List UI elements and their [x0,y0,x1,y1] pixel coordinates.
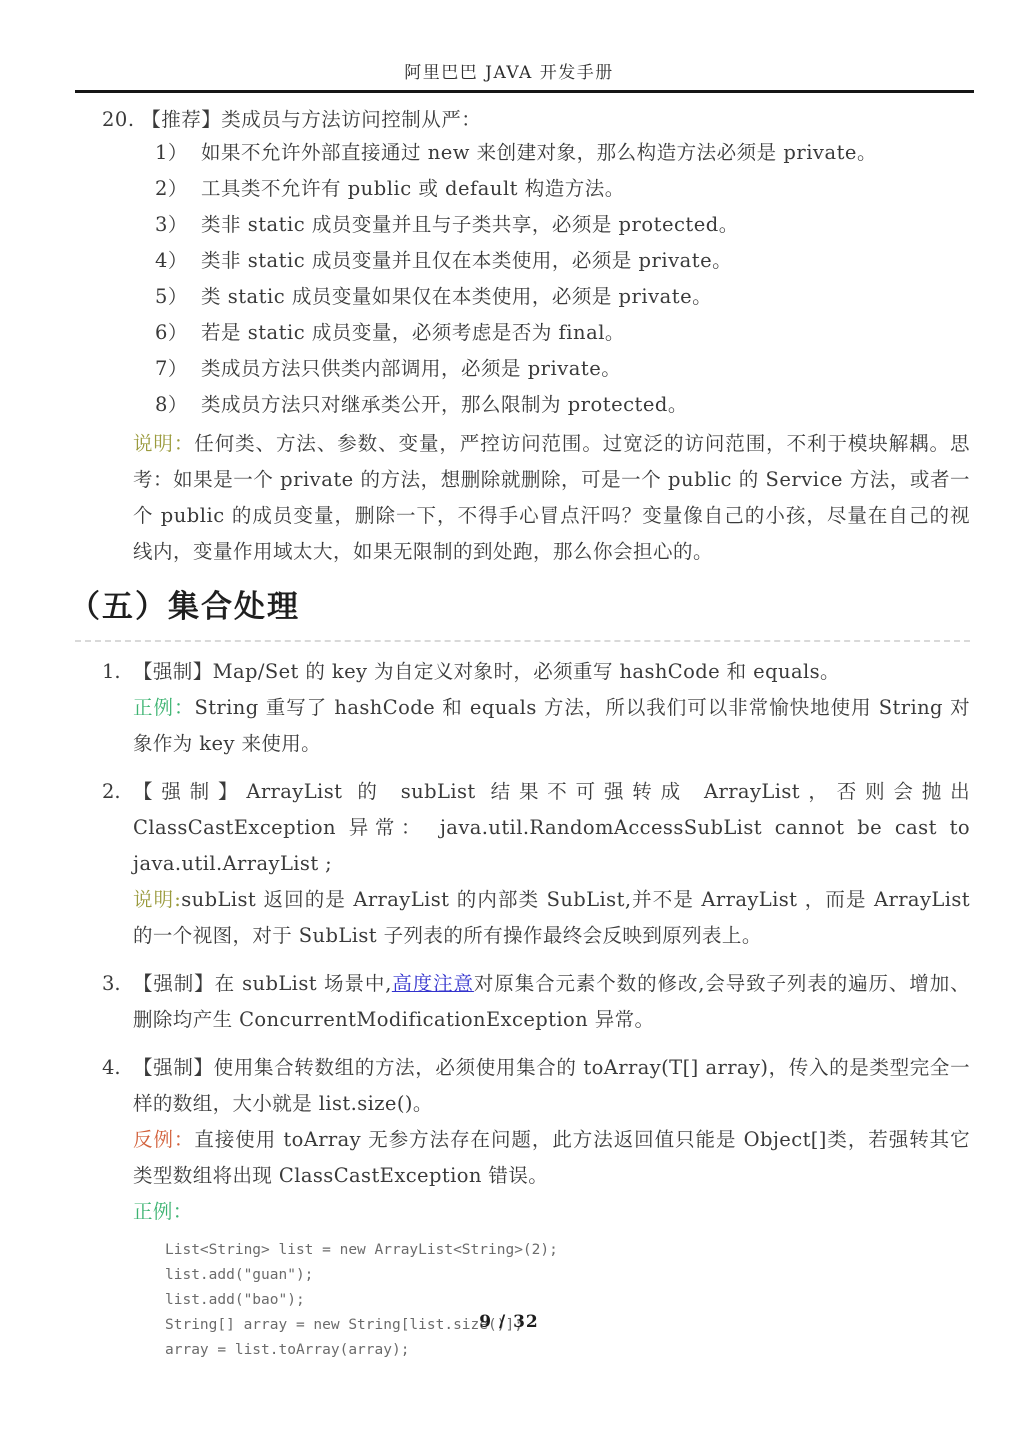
rule-item-3: 3. 【强制】在 subList 场景中,高度注意对原集合元素个数的修改,会导致… [102,966,970,1038]
rule-20-subitem: 4） 类非 static 成员变量并且仅在本类使用，必须是 private。 [155,243,970,279]
rule-number: 3. [102,966,133,1038]
enforce-label: 【强制】 [133,660,213,683]
subitem-number: 6） [155,315,201,351]
rule-text: 【强制】ArrayList 的 subList 结果不可强转成 ArrayLis… [133,774,970,882]
rule-text: 【强制】Map/Set 的 key 为自定义对象时，必须重写 hashCode … [133,654,970,690]
subitem-number: 7） [155,351,201,387]
subitem-number: 4） [155,243,201,279]
highlight-link[interactable]: 高度注意 [392,972,474,995]
page-header: 阿里巴巴 JAVA 开发手册 [0,0,1018,93]
enforce-label: 【强制】 [133,972,215,995]
subitem-number: 1） [155,135,201,171]
rule-text: 【强制】在 subList 场景中,高度注意对原集合元素个数的修改,会导致子列表… [133,966,970,1038]
rule-20-label: 【推荐】 [141,108,221,131]
rule-body: 【强制】在 subList 场景中,高度注意对原集合元素个数的修改,会导致子列表… [133,966,970,1038]
document-page: 阿里巴巴 JAVA 开发手册 20. 【推荐】类成员与方法访问控制从严： 1） … [0,0,1018,1440]
subitem-text: 工具类不允许有 public 或 default 构造方法。 [201,171,625,207]
rule-20-subitem: 5） 类 static 成员变量如果仅在本类使用，必须是 private。 [155,279,970,315]
subitem-number: 5） [155,279,201,315]
positive-label: 正例： [133,1200,193,1223]
subitem-number: 2） [155,171,201,207]
rule-20-subitem: 3） 类非 static 成员变量并且与子类共享，必须是 protected。 [155,207,970,243]
subitem-text: 类非 static 成员变量并且仅在本类使用，必须是 private。 [201,243,732,279]
negative-example: 反例：直接使用 toArray 无参方法存在问题，此方法返回值只能是 Objec… [133,1122,970,1194]
rule-number: 1. [102,654,133,762]
positive-example: 正例：String 重写了 hashCode 和 equals 方法，所以我们可… [133,690,970,762]
rule-body: 【强制】ArrayList 的 subList 结果不可强转成 ArrayLis… [133,774,970,954]
code-line: array = list.toArray(array); [165,1338,970,1363]
subitem-text: 类成员方法只供类内部调用，必须是 private。 [201,351,621,387]
subitem-text: 若是 static 成员变量，必须考虑是否为 final。 [201,315,625,351]
page-number: 9 / 32 [0,1312,1018,1332]
subitem-text: 类成员方法只对继承类公开，那么限制为 protected。 [201,387,688,423]
rule-item-1: 1. 【强制】Map/Set 的 key 为自定义对象时，必须重写 hashCo… [102,654,970,762]
code-block: List<String> list = new ArrayList<String… [165,1238,970,1363]
section-heading: （五）集合处理 [69,586,970,628]
subitem-text: 如果不允许外部直接通过 new 来创建对象，那么构造方法必须是 private。 [201,135,877,171]
code-line: list.add("bao"); [165,1288,970,1313]
code-line: list.add("guan"); [165,1263,970,1288]
enforce-label: 【强制】 [133,780,246,803]
rule-number: 2. [102,774,133,954]
rule-20-subitem: 7） 类成员方法只供类内部调用，必须是 private。 [155,351,970,387]
subitem-number: 3） [155,207,201,243]
subitem-number: 8） [155,387,201,423]
positive-label: 正例： [133,696,194,719]
rule-20-note: 说明：任何类、方法、参数、变量，严控访问范围。过宽泛的访问范围，不利于模块解耦。… [133,426,970,570]
rule-20-subitem: 2） 工具类不允许有 public 或 default 构造方法。 [155,171,970,207]
note-label: 说明： [133,432,194,455]
page-content: 20. 【推荐】类成员与方法访问控制从严： 1） 如果不允许外部直接通过 new… [0,105,1018,1363]
negative-label: 反例： [133,1128,194,1151]
rule-20-number: 20. [102,108,135,131]
header-title: 阿里巴巴 JAVA 开发手册 [0,58,1018,83]
positive-example: 正例： [133,1194,970,1230]
note-label: 说明: [133,888,181,911]
header-divider [75,90,974,93]
rule-20-heading: 20. 【推荐】类成员与方法访问控制从严： [102,105,970,135]
enforce-label: 【强制】 [133,1056,214,1079]
rule-20-subitem: 6） 若是 static 成员变量，必须考虑是否为 final。 [155,315,970,351]
rule-text: 【强制】使用集合转数组的方法，必须使用集合的 toArray(T[] array… [133,1050,970,1122]
section-divider [75,640,970,642]
rule-20-title: 类成员与方法访问控制从严： [221,108,481,131]
rule-20-subitem: 8） 类成员方法只对继承类公开，那么限制为 protected。 [155,387,970,423]
subitem-text: 类 static 成员变量如果仅在本类使用，必须是 private。 [201,279,712,315]
rule-20-subitem: 1） 如果不允许外部直接通过 new 来创建对象，那么构造方法必须是 priva… [155,135,970,171]
rule-body: 【强制】Map/Set 的 key 为自定义对象时，必须重写 hashCode … [133,654,970,762]
note-text: 任何类、方法、参数、变量，严控访问范围。过宽泛的访问范围，不利于模块解耦。思考：… [133,432,970,563]
rule-item-2: 2. 【强制】ArrayList 的 subList 结果不可强转成 Array… [102,774,970,954]
rule-note: 说明:subList 返回的是 ArrayList 的内部类 SubList,并… [133,882,970,954]
subitem-text: 类非 static 成员变量并且与子类共享，必须是 protected。 [201,207,739,243]
code-line: List<String> list = new ArrayList<String… [165,1238,970,1263]
